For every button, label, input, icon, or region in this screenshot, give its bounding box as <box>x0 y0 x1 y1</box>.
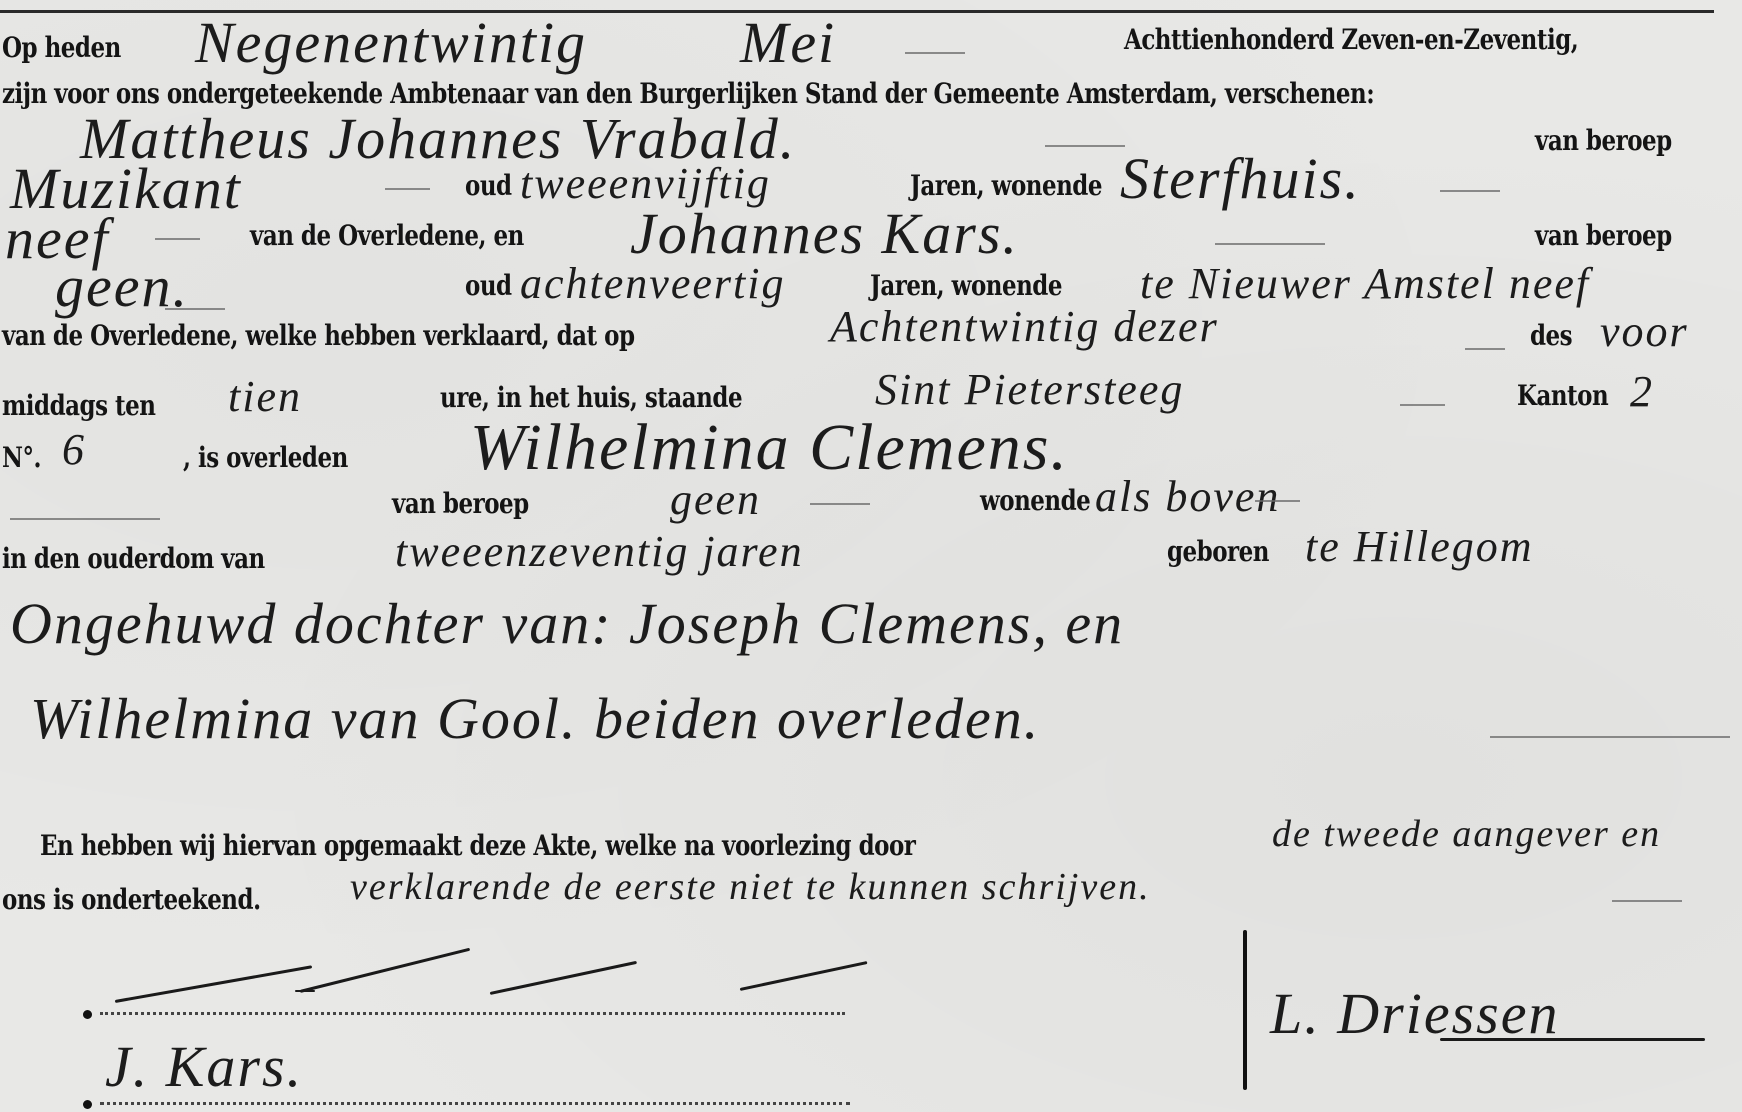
printed-des: des <box>1530 322 1572 350</box>
handwritten-deceased-birthplace: te Hillegom <box>1305 525 1534 569</box>
fill-dash <box>1045 145 1125 147</box>
handwritten-closing-note-2: verklarende de eerste niet te kunnen sch… <box>350 868 1151 906</box>
signature-underline <box>1440 1038 1705 1041</box>
handwritten-deceased-occupation: geen <box>670 478 761 522</box>
printed-kanton: Kanton <box>1517 382 1608 410</box>
handwritten-declarant-2-name: Johannes Kars. <box>630 205 1019 263</box>
fill-dash <box>810 503 870 505</box>
handwritten-deceased-age: tweeenzeventig jaren <box>395 530 804 574</box>
handwritten-day: Negenentwintig <box>195 14 587 72</box>
printed-ure-huis: ure, in het huis, staande <box>440 384 742 412</box>
handwritten-deceased-residence: als boven <box>1095 475 1280 519</box>
printed-van-beroep-1: van beroep <box>1535 127 1672 155</box>
fill-dash <box>1465 348 1505 350</box>
fill-dash <box>905 52 965 54</box>
fill-dash <box>10 518 160 520</box>
handwritten-time-period: voor <box>1600 310 1689 354</box>
printed-closing-1: En hebben wij hiervan opgemaakt deze Akt… <box>40 832 915 860</box>
handwritten-closing-note-1: de tweede aangever en <box>1272 815 1661 853</box>
signature-flourish <box>115 965 312 1003</box>
signature-bullet <box>83 1100 92 1109</box>
handwritten-house-number: 6 <box>62 428 86 472</box>
signature-declarant: J. Kars. <box>105 1038 303 1096</box>
fill-dash <box>1490 736 1730 738</box>
printed-line-2: zijn voor ons ondergeteekende Ambtenaar … <box>2 80 1374 108</box>
handwritten-parents-line-1: Ongehuwd dochter van: Joseph Clemens, en <box>10 595 1124 653</box>
printed-closing-2: ons is onderteekend. <box>2 886 261 914</box>
handwritten-declarant-2-age: achtenveertig <box>520 262 785 306</box>
handwritten-date-of-death: Achtentwintig dezer <box>830 305 1219 349</box>
printed-oud-1: oud <box>465 172 512 200</box>
printed-jaren-wonende-2: Jaren, wonende <box>870 272 1062 300</box>
handwritten-deceased-name: Wilhelmina Clemens. <box>470 415 1069 481</box>
signature-bullet <box>83 1010 92 1019</box>
fill-dash <box>155 238 200 240</box>
printed-no: N°. <box>2 444 41 472</box>
printed-op-heden: Op heden <box>2 34 121 62</box>
handwritten-kanton-number: 2 <box>1630 370 1654 414</box>
signature-flourish <box>490 961 637 995</box>
fill-dash <box>1255 500 1300 502</box>
handwritten-declarant-2-residence: te Nieuwer Amstel neef <box>1140 262 1590 306</box>
printed-oud-2: oud <box>465 272 512 300</box>
handwritten-declarant-1-residence: Sterfhuis. <box>1120 150 1361 208</box>
fill-dash <box>1440 190 1500 192</box>
printed-is-overleden: , is overleden <box>183 444 348 472</box>
handwritten-hour: tien <box>228 375 302 419</box>
fill-dash <box>1400 404 1445 406</box>
printed-year: Achttienhonderd Zeven-en-Zeventig, <box>1124 26 1578 54</box>
handwritten-parents-line-2: Wilhelmina van Gool. beiden overleden. <box>30 690 1040 748</box>
signature-official: L. Driessen <box>1270 985 1559 1043</box>
printed-wonende-3: wonende <box>980 487 1090 515</box>
printed-verklaard: van de Overledene, welke hebben verklaar… <box>2 322 635 350</box>
handwritten-street: Sint Pietersteeg <box>875 368 1184 412</box>
printed-ouderdom: in den ouderdom van <box>2 545 265 573</box>
signature-flourish <box>300 948 471 993</box>
fill-dash <box>1215 243 1325 245</box>
fill-dash <box>165 308 225 310</box>
signature-flourish <box>740 961 868 991</box>
signature-brace <box>1243 930 1247 1090</box>
signature-dotted-line <box>100 1102 850 1105</box>
fill-dash <box>1612 900 1682 902</box>
handwritten-declarant-1-age: tweeenvijftig <box>520 162 771 206</box>
printed-geboren: geboren <box>1167 538 1269 566</box>
signature-flourish <box>295 990 315 992</box>
printed-van-beroep-2: van beroep <box>1535 222 1672 250</box>
printed-middags-ten: middags ten <box>2 392 155 420</box>
signature-dotted-line <box>100 1012 845 1015</box>
printed-van-de-overledene-en: van de Overledene, en <box>250 222 524 250</box>
document-page: Op heden Negenentwintig Mei Achttienhond… <box>0 0 1742 1112</box>
fill-dash <box>385 188 430 190</box>
printed-jaren-wonende-1: Jaren, wonende <box>910 172 1102 200</box>
printed-van-beroep-3: van beroep <box>392 490 529 518</box>
handwritten-month: Mei <box>740 14 836 72</box>
